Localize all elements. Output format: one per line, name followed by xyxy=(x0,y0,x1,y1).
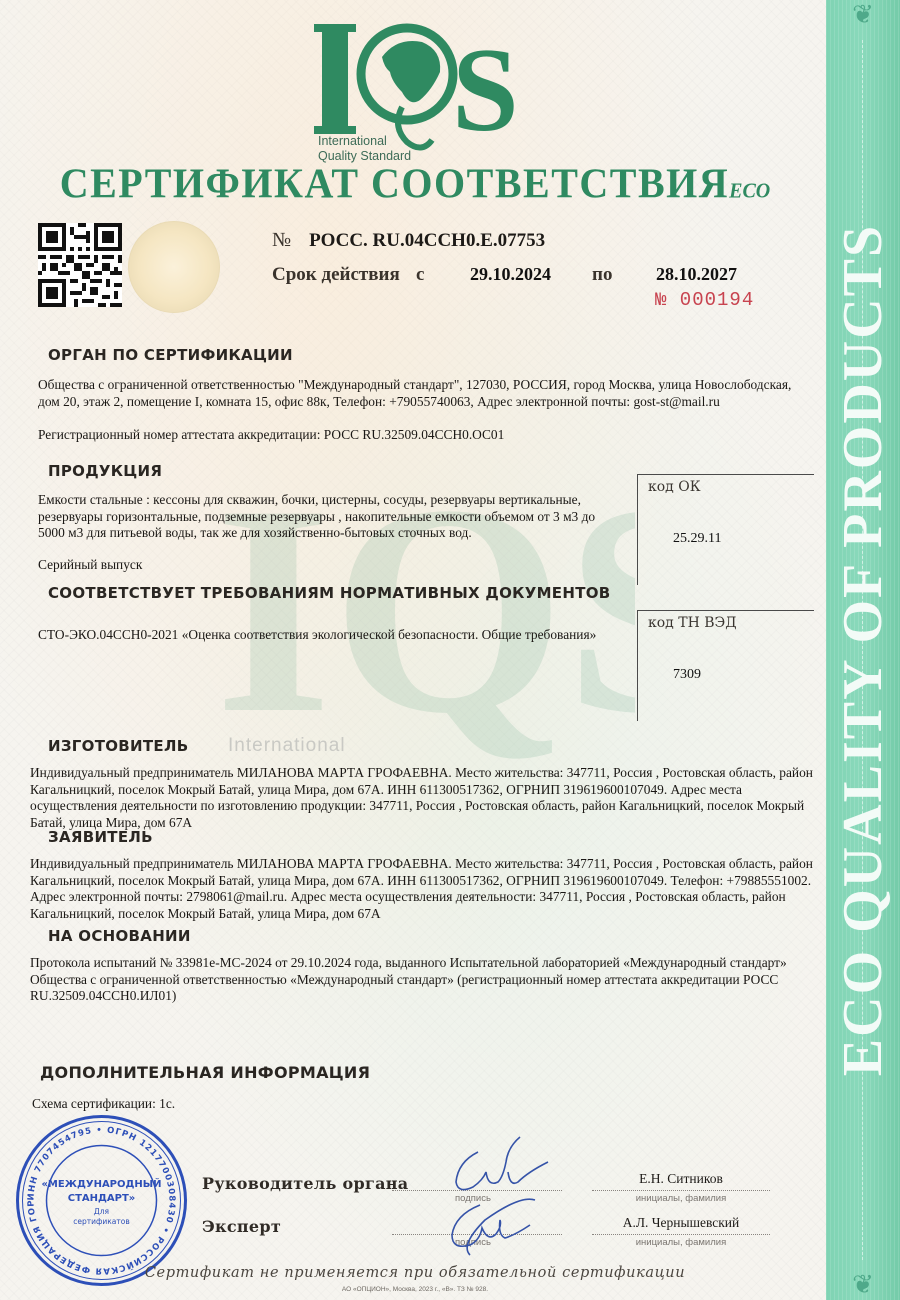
printer-imprint: АО «ОПЦИОН», Москва, 2023 г., «В». ТЗ № … xyxy=(0,1286,830,1293)
expert-label: Эксперт xyxy=(202,1217,281,1236)
footer-note: Сертификат не применяется при обязательн… xyxy=(0,1265,830,1281)
products-text: Емкости стальные : кессоны для скважин, … xyxy=(38,492,618,542)
expert-signature xyxy=(440,1190,550,1270)
stamp-center-line4: сертификатов xyxy=(73,1217,130,1226)
from-label: с xyxy=(416,264,424,286)
number-sign: № xyxy=(272,229,291,251)
hologram-seal xyxy=(128,221,220,313)
tnved-code-value: 7309 xyxy=(673,667,701,683)
stamp-center-line3: Для xyxy=(94,1207,109,1216)
section-heading-applicant: ЗАЯВИТЕЛЬ xyxy=(48,828,153,846)
expert-name-caption: инициалы, фамилия xyxy=(592,1237,770,1248)
section-heading-complies: СООТВЕТСТВУЕТ ТРЕБОВАНИЯМ НОРМАТИВНЫХ ДО… xyxy=(48,584,611,602)
section-heading-manufacturer: ИЗГОТОВИТЕЛЬ xyxy=(48,737,188,755)
ornament-icon: ❦ xyxy=(840,1270,886,1300)
certification-scheme: Схема сертификации: 1с. xyxy=(32,1096,175,1113)
cert-body-text: Общества с ограниченной ответственностью… xyxy=(38,377,793,410)
validity-row: Срок действия с 29.10.2024 по 28.10.2027 xyxy=(272,264,792,292)
ok-code-value: 25.29.11 xyxy=(673,531,721,547)
applicant-text: Индивидуальный предприниматель МИЛАНОВА … xyxy=(30,856,830,922)
valid-from-date: 29.10.2024 xyxy=(470,264,551,285)
accreditation-number: Регистрационный номер аттестата аккредит… xyxy=(38,427,793,444)
ornament-icon: ❦ xyxy=(840,0,886,30)
expert-name: А.Л. Чернышевский xyxy=(592,1215,770,1231)
svg-text:S: S xyxy=(452,23,519,156)
certificate-number-row: №РОСС. RU.04ССН0.Е.07753 xyxy=(272,229,545,252)
ok-code-label: код ОК xyxy=(648,479,701,495)
watermark-text: International xyxy=(228,735,346,757)
to-label: по xyxy=(592,264,612,286)
validity-label: Срок действия xyxy=(272,264,400,286)
side-strip-text: ECO QUALITY OF PRODUCTS xyxy=(831,224,895,1076)
head-name: Е.Н. Ситников xyxy=(592,1171,770,1187)
logo-caption-line1: International xyxy=(318,134,411,149)
valid-to-date: 28.10.2027 xyxy=(656,264,737,285)
certificate-number: РОСС. RU.04ССН0.Е.07753 xyxy=(309,230,545,251)
head-of-body-label: Руководитель органа xyxy=(202,1174,408,1193)
section-heading-products: ПРОДУКЦИЯ xyxy=(48,462,162,480)
tnved-code-label: код ТН ВЭД xyxy=(648,615,737,631)
release-type: Серийный выпуск xyxy=(38,557,618,574)
title-eco-suffix: ECO xyxy=(729,180,770,203)
stamp-center-line1: «МЕЖДУНАРОДНЫЙ xyxy=(41,1177,161,1190)
tnved-code-box: код ТН ВЭД 7309 xyxy=(637,610,814,721)
qr-code[interactable] xyxy=(38,223,122,307)
side-strip: ❦ ❦ ECO QUALITY OF PRODUCTS xyxy=(826,0,900,1300)
head-name-caption: инициалы, фамилия xyxy=(592,1193,770,1204)
ok-code-box: код ОК 25.29.11 xyxy=(637,474,814,585)
manufacturer-text: Индивидуальный предприниматель МИЛАНОВА … xyxy=(30,765,830,831)
section-heading-cert-body: ОРГАН ПО СЕРТИФИКАЦИИ xyxy=(48,346,293,364)
basis-text: Протокола испытаний № 33981е-МС-2024 от … xyxy=(30,955,820,1005)
complies-text: СТО-ЭКО.04ССН0-2021 «Оценка соответствия… xyxy=(38,627,618,644)
organization-stamp: ИНН 7707454795 • ОГРН 1217700308430 • РО… xyxy=(14,1113,189,1288)
head-name-line xyxy=(592,1190,770,1191)
stamp-center-line2: СТАНДАРТ» xyxy=(68,1193,136,1204)
expert-name-line xyxy=(592,1234,770,1235)
certificate-title: СЕРТИФИКАТ СООТВЕТСТВИЯECO xyxy=(0,159,830,208)
title-main: СЕРТИФИКАТ СООТВЕТСТВИЯ xyxy=(60,160,729,207)
section-heading-additional: ДОПОЛНИТЕЛЬНАЯ ИНФОРМАЦИЯ xyxy=(40,1063,370,1082)
section-heading-basis: НА ОСНОВАНИИ xyxy=(48,927,191,945)
blank-serial-number: № 000194 xyxy=(655,289,754,311)
